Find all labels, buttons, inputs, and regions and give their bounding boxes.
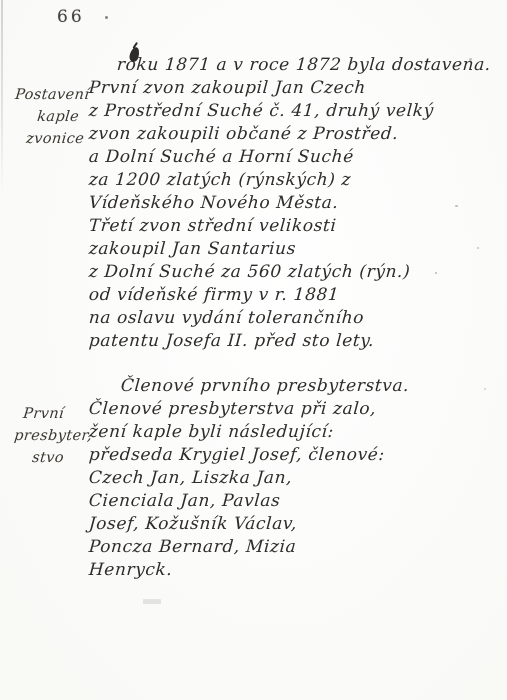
margin-note-line: stvo xyxy=(31,447,95,469)
handwritten-line: Členové prvního presbyterstva. xyxy=(120,375,480,398)
handwritten-line: Czech Jan, Liszka Jan, xyxy=(88,467,480,490)
handwritten-line: Členové presbyterstva při zalo, xyxy=(88,398,480,421)
margin-note-line: zvonice xyxy=(25,128,96,150)
handwritten-line: od vídeňské firmy v r. 1881 xyxy=(88,284,480,307)
handwritten-line: zvon zakoupili občané z Prostřed. xyxy=(88,123,480,146)
handwritten-line: předseda Krygiel Josef, členové: xyxy=(88,444,480,467)
handwritten-line: roku 1871 a v roce 1872 byla dostavena. xyxy=(116,54,480,77)
handwritten-line: Henryck. xyxy=(88,559,480,582)
handwritten-line: na oslavu vydání tolerančního xyxy=(88,307,480,330)
scan-speck xyxy=(469,58,472,61)
margin-note-line: presbyter, xyxy=(13,425,95,447)
handwritten-line: První zvon zakoupil Jan Czech xyxy=(88,77,480,100)
handwritten-line: za 1200 zlatých (rýnských) z xyxy=(88,169,480,192)
handwritten-line: Cienciala Jan, Pavlas xyxy=(88,490,480,513)
handwritten-line: Vídeňského Nového Města. xyxy=(88,192,480,215)
handwritten-line: Třetí zvon střední velikosti xyxy=(88,215,480,238)
handwritten-line: Josef, Kožušník Václav, xyxy=(88,513,480,536)
handwritten-line: Poncza Bernard, Mizia xyxy=(88,536,480,559)
margin-note-kaple-zvonice: Postavení kaple zvonice xyxy=(14,84,94,150)
scan-speck xyxy=(435,272,437,274)
scan-speck xyxy=(455,205,458,207)
paragraph-bells: roku 1871 a v roce 1872 byla dostavena. … xyxy=(88,54,478,353)
margin-note-line: První xyxy=(22,403,95,425)
handwritten-line: a Dolní Suché a Horní Suché xyxy=(88,146,480,169)
margin-note-line: Postavení xyxy=(14,84,96,106)
scanned-manuscript-page: 66 Postavení kaple zvonice První presbyt… xyxy=(0,0,507,700)
scan-speck xyxy=(484,388,486,390)
paragraph-gap xyxy=(88,353,478,375)
handwritten-line: patentu Josefa II. před sto lety. xyxy=(88,330,480,353)
scan-smudge xyxy=(143,599,161,604)
handwritten-line: zakoupil Jan Santarius xyxy=(88,238,480,261)
page-number: 66 xyxy=(57,7,85,27)
scan-edge-artifact xyxy=(1,0,3,195)
handwritten-text-column: roku 1871 a v roce 1872 byla dostavena. … xyxy=(88,54,478,582)
margin-note-presbyterstvo: První presbyter, stvo xyxy=(13,403,93,469)
ink-dot xyxy=(105,16,108,19)
paragraph-presbytery-members: Členové prvního presbyterstva. Členové p… xyxy=(88,375,478,582)
handwritten-line: z Dolní Suché za 560 zlatých (rýn.) xyxy=(88,261,480,284)
handwritten-line: z Prostřední Suché č. 41, druhý velký xyxy=(88,100,480,123)
handwritten-line: žení kaple byli následující: xyxy=(88,421,480,444)
scan-speck xyxy=(477,247,479,249)
